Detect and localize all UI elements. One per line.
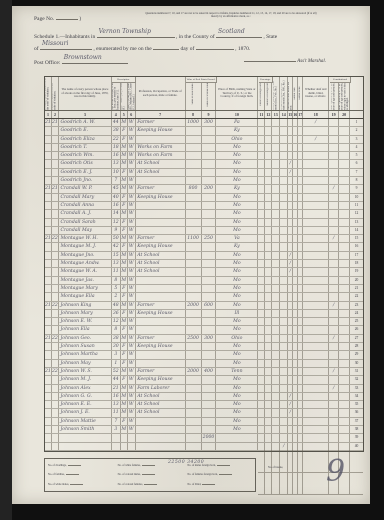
column-header-text: If married within the year, state month …	[281, 78, 286, 110]
cell-col18	[303, 177, 329, 184]
cell-name: Crandall Mary	[59, 194, 112, 201]
cell-personal_estate	[202, 418, 217, 425]
cell-personal_estate	[202, 219, 217, 226]
state-blank: Missouri	[40, 44, 92, 50]
cell-birthplace: Mo	[216, 409, 258, 416]
cell-family: 223	[52, 368, 59, 375]
cell-occupation	[136, 351, 186, 358]
cell-sex: F	[121, 376, 128, 383]
cell-age: 18	[112, 144, 121, 151]
cell-dwelling	[45, 144, 52, 151]
cell-real_estate: 1000	[186, 119, 202, 126]
cell-sex: F	[121, 202, 128, 209]
group-header: Description.	[112, 77, 136, 83]
continuation-cell	[280, 450, 288, 473]
cell-dwelling	[45, 385, 52, 392]
cell-occupation: Farmer	[136, 335, 186, 342]
footer-column: No. of dwellings,No. of families,No. of …	[48, 461, 113, 489]
handwritten-mark: 9	[326, 454, 345, 489]
cell-col12	[265, 210, 272, 217]
cell-col18	[303, 152, 329, 159]
cell-birthplace: Mo	[216, 351, 258, 358]
table-row: 216222Johnson Geo.38MWFarmer2500300Ohio/…	[45, 335, 363, 343]
day-of-label: day of	[180, 46, 194, 52]
row-number: 38	[350, 426, 363, 433]
cell-col18	[303, 293, 329, 300]
table-row: Goodrich Otis13MWAt SchoolMo/6	[45, 160, 363, 168]
cell-col14	[280, 318, 288, 325]
cell-color: W	[128, 293, 136, 300]
cell-col13	[272, 210, 280, 217]
cell-real_estate: 2000	[186, 302, 202, 309]
cell-dwelling	[45, 393, 52, 400]
cell-name: Montague Jas.	[59, 277, 112, 284]
cell-col20	[339, 144, 350, 151]
column-number: 5	[121, 111, 128, 118]
cell-sex: M	[121, 152, 128, 159]
cell-col20	[339, 326, 350, 333]
cell-col11	[258, 227, 265, 234]
cell-name	[59, 443, 112, 450]
cell-personal_estate	[202, 360, 217, 367]
cell-col20	[339, 202, 350, 209]
cell-col12	[265, 385, 272, 392]
table-row: 215221Johnson King48MWFarmer2000600Mo/23	[45, 302, 363, 310]
cell-col11	[258, 326, 265, 333]
cell-col14	[280, 335, 288, 342]
table-row: Johnson Ella8FWMo26	[45, 326, 363, 334]
cell-col18: /	[303, 136, 329, 143]
cell-dwelling	[45, 418, 52, 425]
cell-name: Johnson Mattie	[59, 418, 112, 425]
cell-col13	[272, 144, 280, 151]
cell-col14: /	[280, 443, 288, 450]
cell-real_estate	[186, 277, 202, 284]
row-number-spacer	[350, 111, 363, 118]
table-row: Crandall Anna16FWMo11	[45, 202, 363, 210]
cell-family: 222	[52, 335, 59, 342]
cell-color: W	[128, 277, 136, 284]
cell-occupation: Farm Laborer	[136, 385, 186, 392]
cell-col12	[265, 418, 272, 425]
cell-col13	[272, 335, 280, 342]
cell-age: 10	[112, 169, 121, 176]
cell-family	[52, 293, 59, 300]
cell-age: 8	[112, 277, 121, 284]
cell-dwelling: 217	[45, 368, 52, 375]
cell-col20	[339, 235, 350, 242]
cell-dwelling	[45, 293, 52, 300]
cell-col11	[258, 368, 265, 375]
cell-col12	[265, 285, 272, 292]
cell-col13	[272, 177, 280, 184]
note-line-2: merely by an affirmative mark, as /.	[104, 15, 358, 18]
cell-real_estate	[186, 227, 202, 234]
cell-name: Johnson May	[59, 360, 112, 367]
cell-col18	[303, 335, 329, 342]
cell-col14	[280, 235, 288, 242]
footer-line-label: No. of blind,	[187, 483, 201, 486]
cell-family	[52, 227, 59, 234]
cell-col12	[265, 360, 272, 367]
footer-line: No. of males foreign born,	[187, 463, 252, 468]
cell-col13	[272, 351, 280, 358]
cell-dwelling: 216	[45, 335, 52, 342]
cell-col14	[280, 185, 288, 192]
column-header-text: Value of Personal Estate.	[207, 81, 210, 107]
cell-occupation: Keeping House	[136, 310, 186, 317]
cell-col11	[258, 243, 265, 250]
schedule-line-1: Schedule 1.—Inhabitants in Vernon Townsh…	[34, 32, 364, 40]
cell-age	[112, 434, 121, 441]
footer-line-blank	[144, 482, 157, 485]
cell-col20	[339, 210, 350, 217]
cell-family	[52, 243, 59, 250]
cell-col14	[280, 219, 288, 226]
row-number: 4	[350, 144, 363, 151]
county-handwritten: Scotland	[218, 28, 245, 35]
row-number: 12	[350, 210, 363, 217]
cell-dwelling	[45, 260, 52, 267]
cell-color: W	[128, 285, 136, 292]
footer-line: No. of females foreign born,	[187, 472, 252, 477]
column-number: 2	[52, 111, 59, 118]
cell-col13	[272, 368, 280, 375]
cell-age: 12	[112, 219, 121, 226]
cell-sex: M	[121, 260, 128, 267]
cell-name: Johnson M. J.	[59, 376, 112, 383]
cell-family	[52, 136, 59, 143]
row-number: 26	[350, 326, 363, 333]
cell-col19	[329, 310, 339, 317]
cell-personal_estate	[202, 351, 217, 358]
cell-sex: F	[121, 343, 128, 350]
continuation-cell	[258, 473, 265, 496]
cell-col18	[303, 243, 329, 250]
column-header-text: Place of Birth, naming State or Territor…	[216, 87, 257, 99]
column-header-text: Attended school within the year.	[288, 78, 292, 110]
cell-occupation: At School	[136, 409, 186, 416]
table-row: Johnson Susan30FWKeeping HouseMo28	[45, 343, 363, 351]
row-number: 24	[350, 310, 363, 317]
cell-col20	[339, 376, 350, 383]
cell-personal_estate	[202, 277, 217, 284]
cell-sex: M	[121, 401, 128, 408]
cell-col13	[272, 376, 280, 383]
table-row: Montague Andw.13MWAt SchoolMo/18	[45, 260, 363, 268]
cell-sex: F	[121, 351, 128, 358]
cell-birthplace	[216, 434, 258, 441]
cell-col20	[339, 302, 350, 309]
cell-col19: /	[329, 335, 339, 342]
cell-sex: F	[121, 418, 128, 425]
cell-color: W	[128, 260, 136, 267]
cell-occupation	[136, 426, 186, 433]
cell-col20	[339, 119, 350, 126]
cell-personal_estate	[202, 177, 217, 184]
cell-col13	[272, 401, 280, 408]
cell-personal_estate: 300	[202, 335, 217, 342]
cell-col19	[329, 268, 339, 275]
cell-family	[52, 169, 59, 176]
table-row: Johnson J. E.11MWAt SchoolMo/36	[45, 409, 363, 417]
cell-col20	[339, 310, 350, 317]
row-number: 30	[350, 360, 363, 367]
cell-personal_estate	[202, 393, 217, 400]
cell-birthplace	[216, 443, 258, 450]
cell-col13	[272, 268, 280, 275]
cell-occupation: At School	[136, 401, 186, 408]
cell-col20	[339, 243, 350, 250]
row-number: 1	[350, 119, 363, 126]
cell-col14	[280, 127, 288, 134]
footer-line-blank	[68, 463, 81, 466]
footer-line-blank	[70, 482, 83, 485]
cell-real_estate	[186, 144, 202, 151]
cell-family	[52, 127, 59, 134]
row-number: 7	[350, 169, 363, 176]
cell-name: Johnson E. E.	[59, 401, 112, 408]
cell-birthplace: Ill	[216, 310, 258, 317]
cell-color: W	[128, 252, 136, 259]
cell-col14	[280, 243, 288, 250]
column-header: If married within the year, state month …	[280, 77, 288, 110]
cell-real_estate	[186, 268, 202, 275]
cell-col12	[265, 252, 272, 259]
cell-personal_estate	[202, 144, 217, 151]
cell-real_estate	[186, 160, 202, 167]
cell-birthplace: Mo	[216, 302, 258, 309]
cell-col14	[280, 152, 288, 159]
cell-occupation: Works on Farm	[136, 144, 186, 151]
cell-real_estate	[186, 177, 202, 184]
cell-col18	[303, 418, 329, 425]
row-number: 8	[350, 177, 363, 184]
column-number: 12	[265, 111, 272, 118]
cell-age: 30	[112, 343, 121, 350]
cell-col13	[272, 119, 280, 126]
cell-col12	[265, 409, 272, 416]
cell-color: W	[128, 227, 136, 234]
cell-col12	[265, 260, 272, 267]
cell-col12	[265, 119, 272, 126]
cell-personal_estate	[202, 210, 217, 217]
cell-col19	[329, 434, 339, 441]
cell-birthplace: Tenn	[216, 368, 258, 375]
cell-occupation	[136, 202, 186, 209]
table-row: 200039	[45, 434, 363, 442]
cell-col14	[280, 343, 288, 350]
cell-col13	[272, 326, 280, 333]
cell-dwelling: 213	[45, 185, 52, 192]
cell-col11	[258, 160, 265, 167]
cell-col19	[329, 443, 339, 450]
cell-col20	[339, 194, 350, 201]
cell-age: 14	[112, 210, 121, 217]
cell-sex: F	[121, 293, 128, 300]
cell-col20	[339, 285, 350, 292]
cell-dwelling	[45, 227, 52, 234]
cell-real_estate	[186, 343, 202, 350]
cell-col14	[280, 401, 288, 408]
cell-col11	[258, 343, 265, 350]
cell-name: Goodrich E.	[59, 127, 112, 134]
column-header-text: The name of every person whose place of …	[59, 87, 111, 99]
cell-col13	[272, 219, 280, 226]
column-number: 8	[186, 111, 202, 118]
cell-family	[52, 177, 59, 184]
cell-personal_estate	[202, 202, 217, 209]
cell-col14	[280, 351, 288, 358]
cell-occupation	[136, 434, 186, 441]
cell-sex: M	[121, 409, 128, 416]
cell-real_estate	[186, 210, 202, 217]
cell-col13	[272, 285, 280, 292]
footer-line-label: No. of dwellings,	[48, 464, 67, 467]
continuation-cell	[272, 473, 280, 496]
column-number: 4	[112, 111, 121, 118]
cell-personal_estate: 400	[202, 368, 217, 375]
cell-col14	[280, 302, 288, 309]
cell-age: 44	[112, 119, 121, 126]
cell-age: 13	[112, 260, 121, 267]
cell-color: W	[128, 210, 136, 217]
cell-col11	[258, 152, 265, 159]
cell-col11	[258, 268, 265, 275]
cell-col18	[303, 252, 329, 259]
cell-family	[52, 376, 59, 383]
cell-col13	[272, 393, 280, 400]
cell-family	[52, 310, 59, 317]
cell-birthplace: Va	[216, 235, 258, 242]
cell-age: 11	[112, 268, 121, 275]
continuation-cell	[265, 450, 272, 473]
cell-name: Goodrich A. W.	[59, 119, 112, 126]
table-row: 213219Crandall W. P.45MWFarmer800200Ky/9	[45, 185, 363, 193]
cell-col20	[339, 335, 350, 342]
cell-personal_estate	[202, 252, 217, 259]
cell-col19: /	[329, 235, 339, 242]
cell-col20	[339, 385, 350, 392]
cell-color: W	[128, 326, 136, 333]
cell-col13	[272, 152, 280, 159]
cell-name: Crandall May	[59, 227, 112, 234]
cell-col14	[280, 260, 288, 267]
cell-col19	[329, 260, 339, 267]
cell-occupation	[136, 326, 186, 333]
cell-occupation: Farmer	[136, 368, 186, 375]
group-header: Value of Real Estate Owned.	[186, 77, 217, 83]
cell-col12	[265, 310, 272, 317]
cell-col11	[258, 210, 265, 217]
row-number: 18	[350, 260, 363, 267]
table-row: Johnson Martha3FWMo29	[45, 351, 363, 359]
cell-col12	[265, 160, 272, 167]
cell-birthplace: Mo	[216, 194, 258, 201]
cell-dwelling	[45, 177, 52, 184]
cell-sex: M	[121, 144, 128, 151]
cell-birthplace: Mo	[216, 343, 258, 350]
cell-color: W	[128, 185, 136, 192]
cell-col20	[339, 185, 350, 192]
cell-personal_estate	[202, 136, 217, 143]
cell-col13	[272, 426, 280, 433]
cell-col14	[280, 144, 288, 151]
cell-col13	[272, 185, 280, 192]
table-row: Goodrich Eliza22FWOhio/3	[45, 136, 363, 144]
cell-age: 52	[112, 368, 121, 375]
cell-col13	[272, 277, 280, 284]
cell-col18	[303, 368, 329, 375]
cell-col19	[329, 351, 339, 358]
cell-col20	[339, 393, 350, 400]
cell-col14	[280, 368, 288, 375]
cell-family: 221	[52, 302, 59, 309]
cell-col12	[265, 293, 272, 300]
cell-col12	[265, 227, 272, 234]
cell-occupation	[136, 293, 186, 300]
cell-dwelling	[45, 127, 52, 134]
cell-real_estate	[186, 409, 202, 416]
column-header: Place of Birth, naming State or Territor…	[216, 77, 258, 110]
cell-col13	[272, 136, 280, 143]
cell-name: Johnson Mary	[59, 310, 112, 317]
cell-col14	[280, 293, 288, 300]
column-header-text: Cannot write.	[299, 86, 302, 100]
footer-line-blank	[217, 463, 230, 466]
column-header: The name of every person whose place of …	[59, 77, 112, 110]
row-number: 14	[350, 227, 363, 234]
cell-name: Crandall A. J.	[59, 210, 112, 217]
cell-col12	[265, 127, 272, 134]
row-number: 17	[350, 252, 363, 259]
cell-name: Montague Mary	[59, 285, 112, 292]
cell-family: 218	[52, 119, 59, 126]
cell-real_estate	[186, 169, 202, 176]
cell-age: 22	[112, 136, 121, 143]
year-suffix: , 1870.	[235, 46, 250, 52]
cell-occupation: At School	[136, 160, 186, 167]
cell-age: 3	[112, 351, 121, 358]
cell-color: W	[128, 144, 136, 151]
cell-sex: M	[121, 277, 128, 284]
group-header: Parentage.	[259, 77, 273, 83]
cell-real_estate	[186, 260, 202, 267]
cell-col19	[329, 160, 339, 167]
cell-real_estate	[186, 152, 202, 159]
cell-personal_estate	[202, 376, 217, 383]
cell-occupation	[136, 210, 186, 217]
cell-col18	[303, 302, 329, 309]
cell-sex: F	[121, 194, 128, 201]
cell-real_estate	[186, 243, 202, 250]
cell-col20	[339, 277, 350, 284]
cell-birthplace: Ky	[216, 243, 258, 250]
cell-occupation	[136, 318, 186, 325]
cell-color: W	[128, 268, 136, 275]
cell-birthplace: Mo	[216, 210, 258, 217]
cell-color: W	[128, 243, 136, 250]
cell-col19	[329, 136, 339, 143]
cell-col12	[265, 376, 272, 383]
row-number: 39	[350, 434, 363, 441]
cell-birthplace: Mo	[216, 277, 258, 284]
row-number: 20	[350, 277, 363, 284]
row-number: 2	[350, 127, 363, 134]
cell-name: Johnson Geo.	[59, 335, 112, 342]
row-number: 35	[350, 401, 363, 408]
cell-dwelling	[45, 285, 52, 292]
